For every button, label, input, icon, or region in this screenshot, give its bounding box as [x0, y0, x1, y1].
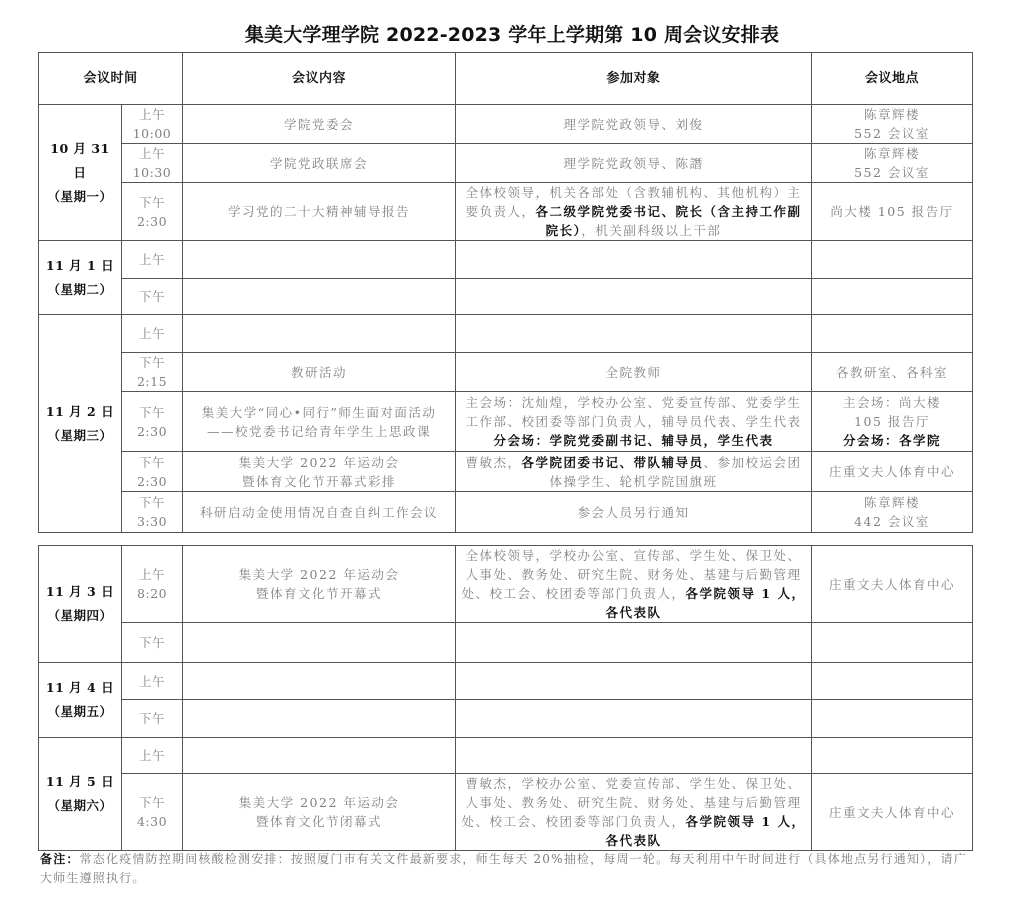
attendees-cell: 主会场：沈灿煌，学校办公室、党委宣传部、党委学生工作部、校团委等部门负责人，辅导… — [456, 392, 812, 452]
schedule-row: 10 月 31 日（星期一）上午10:00学院党委会理学院党政领导、刘俊陈章辉楼… — [39, 105, 973, 144]
schedule-row: 下午2:30学习党的二十大精神辅导报告全体校领导，机关各部处（含教辅机构、其他机… — [39, 183, 973, 241]
location-cell — [812, 738, 973, 774]
meeting-content: 暨体育文化节闭幕式 — [187, 812, 451, 831]
location-text: 各教研室、各科室 — [816, 363, 968, 382]
time: 4:30 — [126, 812, 178, 831]
location-text: 主会场：尚大楼 — [816, 393, 968, 412]
content-cell — [183, 623, 456, 663]
time-cell: 下午 — [122, 623, 183, 663]
attendees-text: 曹敏杰， — [465, 455, 521, 470]
footnote-label: 备注： — [40, 852, 80, 866]
period: 下午 — [126, 287, 178, 306]
location-text: 105 报告厅 — [816, 412, 968, 431]
content-cell — [183, 315, 456, 353]
schedule-row: 下午2:30集美大学 2022 年运动会暨体育文化节开幕式彩排曹敏杰，各学院团委… — [39, 452, 973, 492]
header-location: 会议地点 — [812, 53, 973, 105]
attendees-cell — [456, 738, 812, 774]
date: 11 月 5 日 — [43, 770, 117, 794]
attendees-cell: 全院教师 — [456, 353, 812, 392]
schedule-row: 下午3:30科研启动金使用情况自查自纠工作会议参会人员另行通知陈章辉楼442 会… — [39, 492, 973, 533]
header-attendees: 参加对象 — [456, 53, 812, 105]
weekday: （星期五） — [43, 700, 117, 724]
time: 2:30 — [126, 212, 178, 231]
location-cell — [812, 241, 973, 279]
attendees-text: 分会场：学院党委副书记、辅导员，学生代表 — [460, 431, 807, 450]
period: 下午 — [126, 353, 178, 372]
time-cell: 上午10:00 — [122, 105, 183, 144]
location-cell: 庄重文夫人体育中心 — [812, 452, 973, 492]
meeting-content: 暨体育文化节开幕式彩排 — [187, 472, 451, 491]
meeting-content: 集美大学 2022 年运动会 — [187, 565, 451, 584]
location-cell: 陈章辉楼442 会议室 — [812, 492, 973, 533]
header-content: 会议内容 — [183, 53, 456, 105]
attendees-cell: 曹敏杰，各学院团委书记、带队辅导员、参加校运会团体操学生、轮机学院国旗班 — [456, 452, 812, 492]
period: 下午 — [126, 709, 178, 728]
attendees-cell: 全体校领导，学校办公室、宣传部、学生处、保卫处、人事处、教务处、研究生院、财务处… — [456, 546, 812, 623]
date-cell: 10 月 31 日（星期一） — [39, 105, 122, 241]
time-cell: 上午 — [122, 738, 183, 774]
location-text: 442 会议室 — [816, 512, 968, 531]
attendees-text: 理学院党政领导、陈譖 — [564, 156, 704, 171]
header-row: 会议时间 会议内容 参加对象 会议地点 — [39, 53, 973, 105]
time-cell: 下午 — [122, 700, 183, 738]
footnote: 备注：常态化疫情防控期间核酸检测安排：按照厦门市有关文件最新要求，师生每天 20… — [40, 850, 975, 888]
time-cell: 上午8:20 — [122, 546, 183, 623]
meeting-content: 教研活动 — [187, 363, 451, 382]
time: 8:20 — [126, 584, 178, 603]
schedule-row: 11 月 4 日（星期五）上午 — [39, 663, 973, 700]
attendees-cell — [456, 623, 812, 663]
attendees-cell: 参会人员另行通知 — [456, 492, 812, 533]
content-cell: 教研活动 — [183, 353, 456, 392]
schedule-row: 下午 — [39, 623, 973, 663]
schedule-row: 下午4:30集美大学 2022 年运动会暨体育文化节闭幕式曹敏杰，学校办公室、党… — [39, 774, 973, 851]
period: 下午 — [126, 193, 178, 212]
meeting-content: 学院党委会 — [187, 115, 451, 134]
date: 10 月 31 日 — [43, 137, 117, 185]
schedule-row: 下午2:30集美大学“同心•同行”师生面对面活动——校党委书记给青年学生上思政课… — [39, 392, 973, 452]
location-text: 分会场：各学院 — [816, 431, 968, 450]
content-cell — [183, 700, 456, 738]
location-cell: 陈章辉楼552 会议室 — [812, 144, 973, 183]
content-cell: 集美大学 2022 年运动会暨体育文化节开幕式彩排 — [183, 452, 456, 492]
location-cell — [812, 315, 973, 353]
attendees-cell — [456, 279, 812, 315]
location-text: 庄重文夫人体育中心 — [816, 462, 968, 481]
location-cell — [812, 279, 973, 315]
schedule-row: 11 月 1 日（星期二）上午 — [39, 241, 973, 279]
meeting-content: 暨体育文化节开幕式 — [187, 584, 451, 603]
schedule-table-part1: 会议时间 会议内容 参加对象 会议地点 10 月 31 日（星期一）上午10:0… — [38, 52, 973, 533]
location-text: 尚大楼 105 报告厅 — [816, 202, 968, 221]
content-cell: 学院党委会 — [183, 105, 456, 144]
page-title: 集美大学理学院 2022-2023 学年上学期第 10 周会议安排表 — [0, 20, 1024, 47]
location-cell: 尚大楼 105 报告厅 — [812, 183, 973, 241]
time: 10:30 — [126, 163, 178, 182]
time-cell: 下午2:30 — [122, 452, 183, 492]
attendees-text: 参会人员另行通知 — [578, 505, 690, 520]
attendees-cell: 理学院党政领导、陈譖 — [456, 144, 812, 183]
time-cell: 上午 — [122, 663, 183, 700]
location-cell — [812, 700, 973, 738]
content-cell — [183, 241, 456, 279]
footnote-text: 常态化疫情防控期间核酸检测安排：按照厦门市有关文件最新要求，师生每天 20%抽检… — [40, 852, 967, 885]
time-cell: 下午2:30 — [122, 392, 183, 452]
header-time: 会议时间 — [39, 53, 183, 105]
date-cell: 11 月 4 日（星期五） — [39, 663, 122, 738]
attendees-text: 全院教师 — [606, 365, 662, 380]
content-cell — [183, 663, 456, 700]
location-text: 庄重文夫人体育中心 — [816, 575, 968, 594]
content-cell: 科研启动金使用情况自查自纠工作会议 — [183, 492, 456, 533]
period: 上午 — [126, 672, 178, 691]
period: 下午 — [126, 453, 178, 472]
content-cell: 集美大学 2022 年运动会暨体育文化节闭幕式 — [183, 774, 456, 851]
meeting-content: ——校党委书记给青年学生上思政课 — [187, 422, 451, 441]
time-cell: 下午4:30 — [122, 774, 183, 851]
attendees-text: 各学院团委书记、带队辅导员 — [522, 455, 704, 470]
content-cell: 集美大学 2022 年运动会暨体育文化节开幕式 — [183, 546, 456, 623]
meeting-content: 科研启动金使用情况自查自纠工作会议 — [187, 503, 451, 522]
period: 下午 — [126, 633, 178, 652]
weekday: （星期一） — [43, 185, 117, 209]
attendees-cell: 全体校领导，机关各部处（含教辅机构、其他机构）主要负责人，各二级学院党委书记、院… — [456, 183, 812, 241]
time-cell: 下午2:30 — [122, 183, 183, 241]
time-cell: 上午 — [122, 241, 183, 279]
location-cell: 庄重文夫人体育中心 — [812, 546, 973, 623]
schedule-row: 11 月 2 日（星期三）上午 — [39, 315, 973, 353]
location-text: 552 会议室 — [816, 163, 968, 182]
date: 11 月 3 日 — [43, 580, 117, 604]
attendees-text: ，机关副科级以上干部 — [581, 223, 721, 238]
location-cell: 各教研室、各科室 — [812, 353, 973, 392]
date-cell: 11 月 2 日（星期三） — [39, 315, 122, 533]
location-text: 552 会议室 — [816, 124, 968, 143]
date: 11 月 4 日 — [43, 676, 117, 700]
date-cell: 11 月 3 日（星期四） — [39, 546, 122, 663]
attendees-text: 主会场：沈灿煌，学校办公室、党委宣传部、党委学生工作部、校团委等部门负责人，辅导… — [466, 395, 802, 429]
attendees-cell: 理学院党政领导、刘俊 — [456, 105, 812, 144]
location-cell: 陈章辉楼552 会议室 — [812, 105, 973, 144]
location-cell — [812, 623, 973, 663]
time-cell: 上午10:30 — [122, 144, 183, 183]
time-cell: 下午 — [122, 279, 183, 315]
time: 2:30 — [126, 422, 178, 441]
period: 下午 — [126, 403, 178, 422]
schedule-row: 下午 — [39, 700, 973, 738]
content-cell: 学院党政联席会 — [183, 144, 456, 183]
meeting-content: 集美大学 2022 年运动会 — [187, 453, 451, 472]
weekday: （星期六） — [43, 794, 117, 818]
location-cell: 庄重文夫人体育中心 — [812, 774, 973, 851]
content-cell — [183, 738, 456, 774]
location-text: 陈章辉楼 — [816, 105, 968, 124]
location-text: 庄重文夫人体育中心 — [816, 803, 968, 822]
time: 10:00 — [126, 124, 178, 143]
attendees-cell — [456, 241, 812, 279]
schedule-row: 下午 — [39, 279, 973, 315]
content-cell — [183, 279, 456, 315]
period: 上午 — [126, 250, 178, 269]
time-cell: 下午2:15 — [122, 353, 183, 392]
time: 2:15 — [126, 372, 178, 391]
date: 11 月 2 日 — [43, 400, 117, 424]
period: 上午 — [126, 105, 178, 124]
schedule-row: 11 月 3 日（星期四）上午8:20集美大学 2022 年运动会暨体育文化节开… — [39, 546, 973, 623]
date: 11 月 1 日 — [43, 254, 117, 278]
meeting-content: 学习党的二十大精神辅导报告 — [187, 202, 451, 221]
date-cell: 11 月 5 日（星期六） — [39, 738, 122, 851]
meeting-content: 集美大学“同心•同行”师生面对面活动 — [187, 403, 451, 422]
meeting-content: 学院党政联席会 — [187, 154, 451, 173]
schedule-table-part2: 11 月 3 日（星期四）上午8:20集美大学 2022 年运动会暨体育文化节开… — [38, 545, 973, 851]
attendees-cell — [456, 315, 812, 353]
attendees-text: 理学院党政领导、刘俊 — [564, 117, 704, 132]
time: 3:30 — [126, 512, 178, 531]
period: 上午 — [126, 565, 178, 584]
period: 下午 — [126, 493, 178, 512]
schedule-row: 11 月 5 日（星期六）上午 — [39, 738, 973, 774]
attendees-cell — [456, 663, 812, 700]
location-cell — [812, 663, 973, 700]
content-cell: 集美大学“同心•同行”师生面对面活动——校党委书记给青年学生上思政课 — [183, 392, 456, 452]
period: 下午 — [126, 793, 178, 812]
meeting-content: 集美大学 2022 年运动会 — [187, 793, 451, 812]
date-cell: 11 月 1 日（星期二） — [39, 241, 122, 315]
location-text: 陈章辉楼 — [816, 493, 968, 512]
time-cell: 下午3:30 — [122, 492, 183, 533]
schedule-row: 下午2:15教研活动全院教师各教研室、各科室 — [39, 353, 973, 392]
time-cell: 上午 — [122, 315, 183, 353]
period: 上午 — [126, 746, 178, 765]
weekday: （星期二） — [43, 278, 117, 302]
attendees-cell — [456, 700, 812, 738]
period: 上午 — [126, 324, 178, 343]
weekday: （星期三） — [43, 424, 117, 448]
weekday: （星期四） — [43, 604, 117, 628]
location-text: 陈章辉楼 — [816, 144, 968, 163]
location-cell: 主会场：尚大楼105 报告厅分会场：各学院 — [812, 392, 973, 452]
period: 上午 — [126, 144, 178, 163]
attendees-cell: 曹敏杰，学校办公室、党委宣传部、学生处、保卫处、人事处、教务处、研究生院、财务处… — [456, 774, 812, 851]
time: 2:30 — [126, 472, 178, 491]
content-cell: 学习党的二十大精神辅导报告 — [183, 183, 456, 241]
schedule-row: 上午10:30学院党政联席会理学院党政领导、陈譖陈章辉楼552 会议室 — [39, 144, 973, 183]
